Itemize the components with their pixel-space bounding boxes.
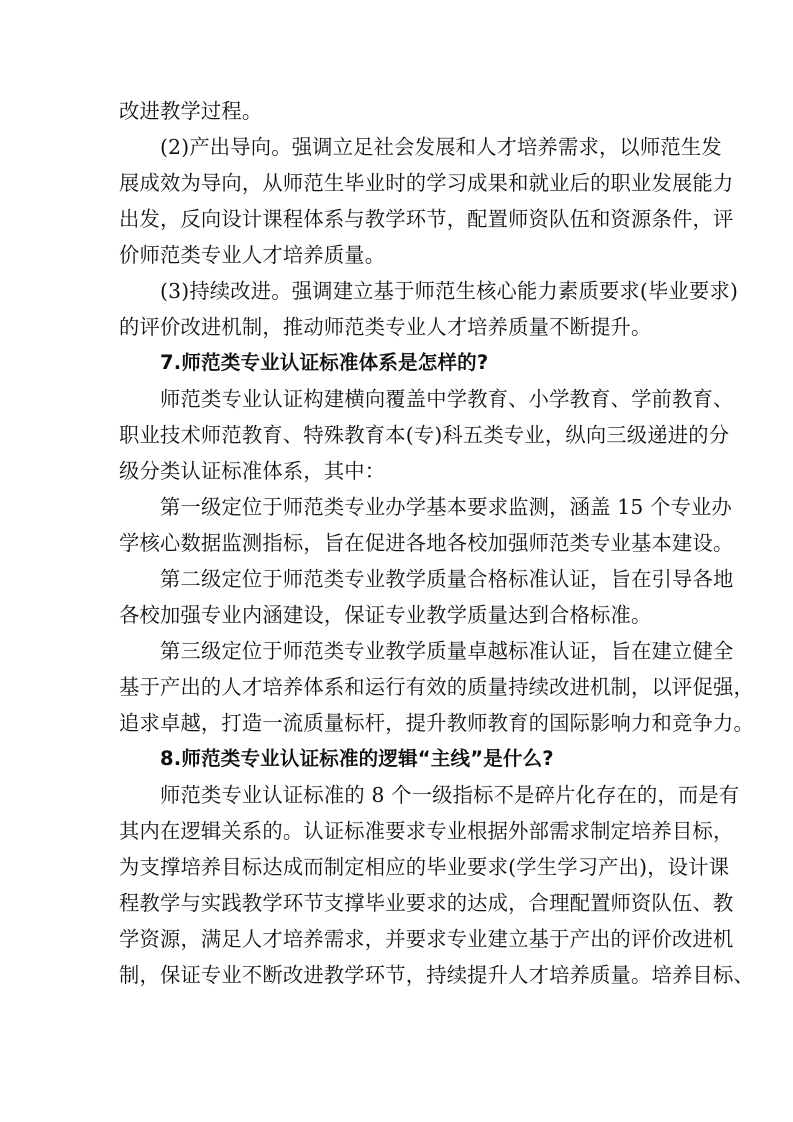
text-line: 基于产出的人才培养体系和运行有效的质量持续改进机制，以评促强， bbox=[119, 669, 693, 705]
text-line: (2)产出导向。强调立足社会发展和人才培养需求，以师范生发 bbox=[119, 129, 693, 165]
text-line: 学核心数据监测指标，旨在促进各地各校加强师范类专业基本建设。 bbox=[119, 525, 693, 561]
text-line: 其内在逻辑关系的。认证标准要求专业根据外部需求制定培养目标， bbox=[119, 813, 693, 849]
paragraph-level-three: 第三级定位于师范类专业教学质量卓越标准认证，旨在建立健全 基于产出的人才培养体系… bbox=[119, 633, 693, 741]
text-line: 展成效为导向，从师范生毕业时的学习成果和就业后的职业发展能力 bbox=[119, 165, 693, 201]
paragraph-continuous-improvement: (3)持续改进。强调建立基于师范生核心能力素质要求(毕业要求) 的评价改进机制，… bbox=[119, 273, 693, 345]
document-page: 改进教学过程。 (2)产出导向。强调立足社会发展和人才培养需求，以师范生发 展成… bbox=[119, 93, 693, 993]
text-line: 的评价改进机制，推动师范类专业人才培养质量不断提升。 bbox=[119, 309, 693, 345]
text-line: 学资源，满足人才培养需求，并要求专业建立基于产出的评价改进机 bbox=[119, 921, 693, 957]
text-line: (3)持续改进。强调建立基于师范生核心能力素质要求(毕业要求) bbox=[119, 273, 693, 309]
text-line: 出发，反向设计课程体系与教学环节，配置师资队伍和资源条件，评 bbox=[119, 201, 693, 237]
text-line: 改进教学过程。 bbox=[119, 93, 693, 129]
text-line: 追求卓越，打造一流质量标杆，提升教师教育的国际影响力和竞争力。 bbox=[119, 705, 693, 741]
text-line: 制，保证专业不断改进教学环节，持续提升人才培养质量。培养目标、 bbox=[119, 957, 693, 993]
paragraph-level-one: 第一级定位于师范类专业办学基本要求监测，涵盖 15 个专业办 学核心数据监测指标… bbox=[119, 489, 693, 561]
section-heading-7: 7.师范类专业认证标准体系是怎样的? bbox=[119, 345, 693, 381]
paragraph-continuation: 改进教学过程。 bbox=[119, 93, 693, 129]
text-line: 各校加强专业内涵建设，保证专业教学质量达到合格标准。 bbox=[119, 597, 693, 633]
text-line: 第三级定位于师范类专业教学质量卓越标准认证，旨在建立健全 bbox=[119, 633, 693, 669]
paragraph-logic-mainline: 师范类专业认证标准的 8 个一级指标不是碎片化存在的，而是有 其内在逻辑关系的。… bbox=[119, 777, 693, 993]
text-line: 职业技术师范教育、特殊教育本(专)科五类专业，纵向三级递进的分 bbox=[119, 417, 693, 453]
text-line: 师范类专业认证标准的 8 个一级指标不是碎片化存在的，而是有 bbox=[119, 777, 693, 813]
text-line: 价师范类专业人才培养质量。 bbox=[119, 237, 693, 273]
text-line: 程教学与实践教学环节支撑毕业要求的达成，合理配置师资队伍、教 bbox=[119, 885, 693, 921]
text-line: 师范类专业认证构建横向覆盖中学教育、小学教育、学前教育、 bbox=[119, 381, 693, 417]
text-line: 为支撑培养目标达成而制定相应的毕业要求(学生学习产出)，设计课 bbox=[119, 849, 693, 885]
text-line: 第二级定位于师范类专业教学质量合格标准认证，旨在引导各地 bbox=[119, 561, 693, 597]
paragraph-output-oriented: (2)产出导向。强调立足社会发展和人才培养需求，以师范生发 展成效为导向，从师范… bbox=[119, 129, 693, 273]
section-heading-8: 8.师范类专业认证标准的逻辑“主线”是什么? bbox=[119, 741, 693, 777]
text-line: 第一级定位于师范类专业办学基本要求监测，涵盖 15 个专业办 bbox=[119, 489, 693, 525]
paragraph-level-two: 第二级定位于师范类专业教学质量合格标准认证，旨在引导各地 各校加强专业内涵建设，… bbox=[119, 561, 693, 633]
paragraph-standard-system: 师范类专业认证构建横向覆盖中学教育、小学教育、学前教育、 职业技术师范教育、特殊… bbox=[119, 381, 693, 489]
text-line: 级分类认证标准体系，其中： bbox=[119, 453, 693, 489]
